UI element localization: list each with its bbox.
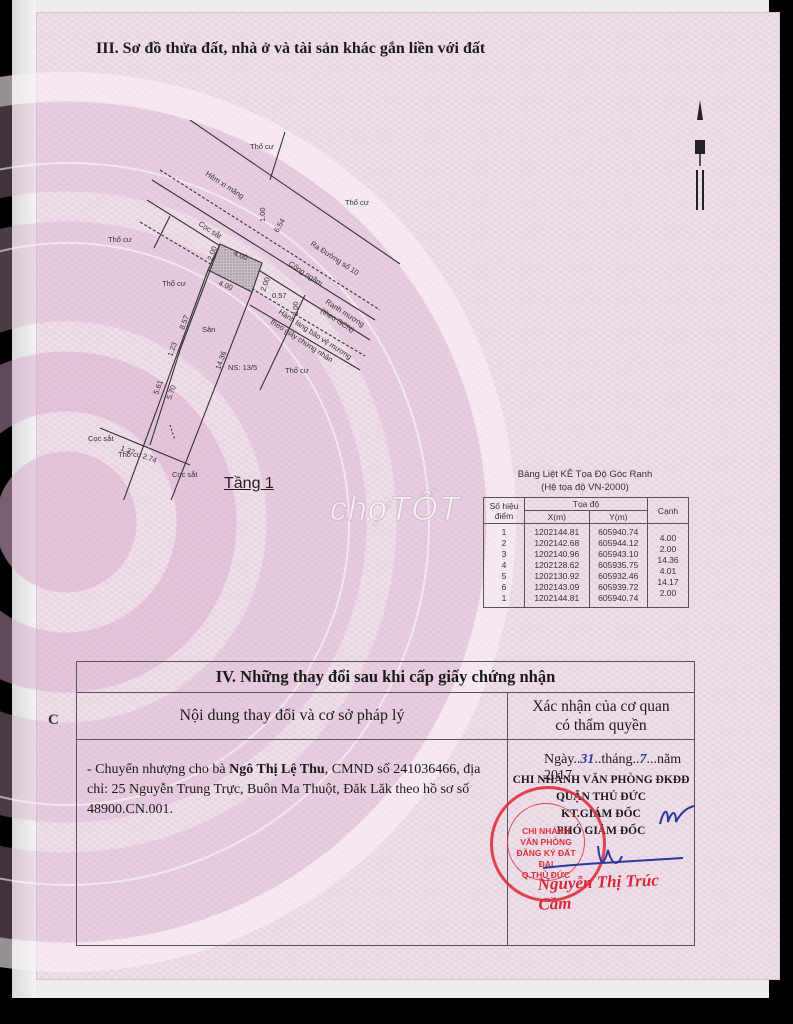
cell-y: 605940.74	[589, 593, 647, 608]
north-arrow-icon	[690, 100, 710, 210]
col-coords: Tọa độ	[525, 498, 648, 511]
cell-x: 1202144.81	[525, 524, 590, 539]
label-tho-cu-5: Thổ cư	[285, 366, 309, 375]
cell-y: 605944.12	[589, 538, 647, 549]
signature-scribble-icon	[658, 804, 698, 828]
cell-x: 1202128.62	[525, 560, 590, 571]
label-tho-cu-2: Thổ cư	[345, 198, 369, 207]
label-tho-cu-1: Thổ cư	[250, 142, 274, 151]
col-edge: Cạnh	[648, 498, 689, 524]
cell-edge	[648, 599, 689, 614]
coord-table-title: Bảng Liệt KÊ Tọa Độ Góc Ranh (Hệ tọa độ …	[480, 468, 690, 494]
cell-y: 605932.46	[589, 571, 647, 582]
coord-table-heading: Bảng Liệt KÊ Tọa Độ Góc Ranh	[480, 468, 690, 481]
confirmation-header-line2: có thẩm quyền	[532, 716, 669, 735]
svg-text:8.57: 8.57	[177, 314, 190, 331]
confirmation-column-header: Xác nhận của cơ quan có thẩm quyền	[508, 693, 694, 739]
cell-edge: 4.00	[648, 530, 689, 545]
svg-text:5.70: 5.70	[164, 384, 177, 401]
col-point: Số hiệu điểm	[484, 498, 525, 524]
col-x: X(m)	[525, 511, 590, 524]
label-coc-sat-3: Cọc sắt	[172, 470, 198, 479]
label-ns: NS: 13/5	[228, 363, 257, 372]
cell-point: 1	[484, 524, 525, 539]
col-y: Y(m)	[589, 511, 647, 524]
cell-point: 6	[484, 582, 525, 593]
cell-x: 1202130.92	[525, 571, 590, 582]
cell-point: 4	[484, 560, 525, 571]
cell-y: 605940.74	[589, 524, 647, 539]
cell-edge: 2.00	[648, 588, 689, 599]
label-tho-cu-3: Thổ cư	[108, 235, 132, 244]
confirmation-header-line1: Xác nhận của cơ quan	[532, 697, 669, 716]
cell-y: 605939.72	[589, 582, 647, 593]
label-san: Sân	[202, 325, 215, 334]
cell-point: 5	[484, 571, 525, 582]
cell-point: 2	[484, 538, 525, 549]
coordinate-table: Số hiệu điểm Tọa độ Cạnh X(m) Y(m) 11202…	[483, 497, 689, 608]
land-plot-diagram: Thổ cư Thổ cư Thổ cư Thổ cư Thổ cư Thổ c…	[80, 120, 440, 500]
table-row: 11202144.81605940.744.00	[484, 524, 689, 539]
svg-text:1.00: 1.00	[258, 207, 267, 222]
coord-table-subtitle: (Hệ tọa độ VN-2000)	[480, 481, 690, 494]
margin-mark: C	[48, 712, 59, 729]
label-tho-cu-4: Thổ cư	[162, 279, 186, 288]
cell-point: 1	[484, 593, 525, 608]
cell-edge: 14.36	[648, 555, 689, 566]
change-content-cell: - Chuyển nhượng cho bà Ngô Thị Lệ Thu, C…	[77, 740, 508, 945]
changes-column-header: Nội dung thay đổi và cơ sở pháp lý	[77, 693, 508, 739]
svg-text:0.57: 0.57	[272, 291, 287, 300]
floor-label: Tầng 1	[224, 475, 274, 493]
cell-x: 1202140.96	[525, 549, 590, 560]
signer-name: Nguyễn Thị Trúc Cầm	[537, 869, 694, 914]
label-cong-ngam: Cống ngầm	[287, 259, 324, 288]
svg-text:2.00: 2.00	[258, 276, 271, 293]
confirmation-cell: Ngày..31..tháng..7...năm 2017. CHI NHÁNH…	[508, 740, 694, 945]
cell-edge: 4.01	[648, 566, 689, 577]
svg-text:6.54: 6.54	[272, 217, 287, 234]
section-3-title: III. Sơ đồ thửa đất, nhà ở và tài sản kh…	[96, 40, 485, 58]
cell-x: 1202143.09	[525, 582, 590, 593]
cell-edge: 2.00	[648, 544, 689, 555]
label-ra-duong: Ra Đường số 10	[309, 239, 361, 277]
svg-text:2.00: 2.00	[291, 301, 300, 316]
section-4-title: IV. Những thay đổi sau khi cấp giấy chứn…	[77, 662, 694, 693]
cell-x: 1202142.68	[525, 538, 590, 549]
cell-point: 3	[484, 549, 525, 560]
label-coc-sat-2: Cọc sắt	[88, 434, 114, 443]
section-4-table: IV. Những thay đổi sau khi cấp giấy chứn…	[76, 661, 695, 946]
chotot-watermark: chợTỐT	[330, 490, 460, 529]
cell-y: 605935.75	[589, 560, 647, 571]
label-hem: Hẻm xi măng	[204, 169, 246, 201]
cell-edge: 14.17	[648, 577, 689, 588]
cell-x: 1202144.81	[525, 593, 590, 608]
change-description: - Chuyển nhượng cho bà Ngô Thị Lệ Thu, C…	[87, 760, 502, 820]
svg-text:2.74: 2.74	[141, 451, 158, 464]
page-edge-shadow	[12, 0, 36, 998]
transferee-name: Ngô Thị Lệ Thu	[229, 762, 325, 777]
cell-y: 605943.10	[589, 549, 647, 560]
svg-text:14.36: 14.36	[213, 350, 228, 371]
